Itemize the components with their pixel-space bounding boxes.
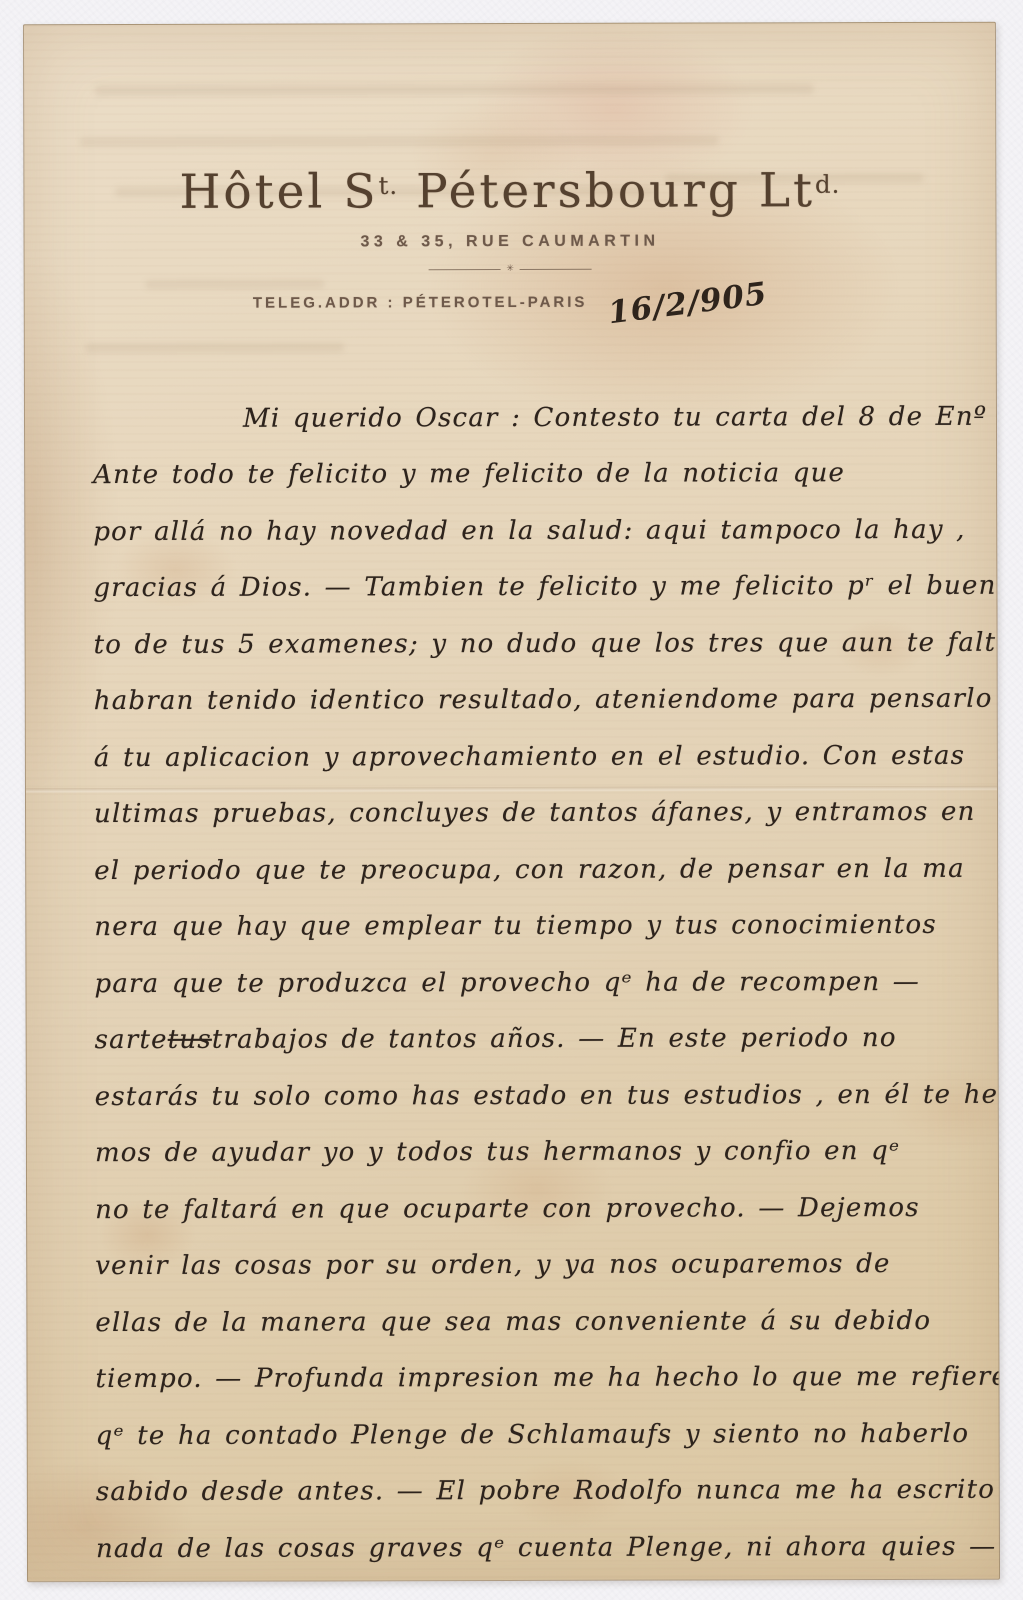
struck-word: tus — [168, 1025, 212, 1055]
letterhead-divider: ✳ — [25, 263, 996, 275]
letter-line: estarás tu solo como has estado en tus e… — [95, 1053, 975, 1112]
handwritten-date: 16/2/905 — [606, 275, 769, 331]
divider-ornament-icon: ✳ — [506, 265, 514, 274]
hotel-name-superscript2: d. — [815, 170, 840, 199]
letter-line: ultimas pruebas, concluyes de tantos áfa… — [94, 770, 974, 829]
letter-line: nera que hay que emplear tu tiempo y tus… — [94, 883, 974, 942]
letter-line: para que te produzca el provecho qᵉ ha d… — [94, 940, 974, 999]
letter-line: nada de las cosas graves qᵉ cuenta Pleng… — [96, 1505, 976, 1564]
hotel-name-main2: Pétersbourg Lt — [398, 163, 815, 219]
hotel-name-main: Hôtel S — [179, 164, 378, 220]
divider-line — [520, 268, 592, 269]
letter-line-segment: trabajos de tantos años. — En este perio… — [212, 1023, 897, 1055]
hotel-name-superscript: t. — [379, 171, 399, 200]
photo-background: Hôtel St. Pétersbourg Ltd. 33 & 35, RUE … — [0, 0, 1023, 1600]
letter-line: tiempo. — Profunda impresion me ha hecho… — [95, 1335, 975, 1394]
letterhead: Hôtel St. Pétersbourg Ltd. 33 & 35, RUE … — [24, 165, 995, 323]
bleedthrough-smudge — [94, 83, 814, 96]
letter-line: gracias á Dios. — Tambien te felicito y … — [93, 544, 973, 603]
letter-line-segment: sarte — [95, 1025, 168, 1055]
hotel-name: Hôtel St. Pétersbourg Ltd. — [24, 165, 995, 219]
bleedthrough-smudge — [85, 342, 345, 353]
bleedthrough-smudge — [79, 135, 719, 147]
letter-line: mos de ayudar yo y todos tus hermanos y … — [95, 1109, 975, 1168]
divider-line — [428, 269, 500, 270]
letter-line: sabido desde antes. — El pobre Rodolfo n… — [96, 1448, 976, 1507]
letter-line: habran tenido identico resultado, atenie… — [94, 657, 974, 716]
letter-line: to de tus 5 examenes; y no dudo que los … — [93, 601, 973, 660]
letter-body: Mi querido Oscar : Contesto tu carta del… — [93, 375, 976, 1564]
letter-line: Mi querido Oscar : Contesto tu carta del… — [93, 375, 973, 434]
telegraph-row: TELEG.ADDR : PÉTEROTEL-PARIS 16/2/905 — [25, 284, 996, 323]
hotel-address: 33 & 35, RUE CAUMARTIN — [25, 231, 996, 252]
letter-line: venir las cosas por su orden, y ya nos o… — [95, 1222, 975, 1281]
telegraph-address: TELEG.ADDR : PÉTEROTEL-PARIS — [253, 285, 588, 311]
letter-line: qᵉ te ha contado Plenge de Schlamaufs y … — [96, 1392, 976, 1451]
letter-line: no te faltará en que ocuparte con provec… — [95, 1166, 975, 1225]
letter-line: Ante todo te felicito y me felicito de l… — [93, 431, 973, 490]
letter-line: ellas de la manera que sea mas convenien… — [95, 1279, 975, 1338]
letter-line: el periodo que te preocupa, con razon, d… — [94, 827, 974, 886]
letter-line: á tu aplicacion y aprovechamiento en el … — [94, 714, 974, 773]
letter-line: por allá no hay novedad en la salud: aqu… — [93, 488, 973, 547]
letter-line-with-strikethrough: sarte tus trabajos de tantos años. — En … — [95, 996, 975, 1055]
letter-paper: Hôtel St. Pétersbourg Ltd. 33 & 35, RUE … — [23, 22, 1000, 1583]
